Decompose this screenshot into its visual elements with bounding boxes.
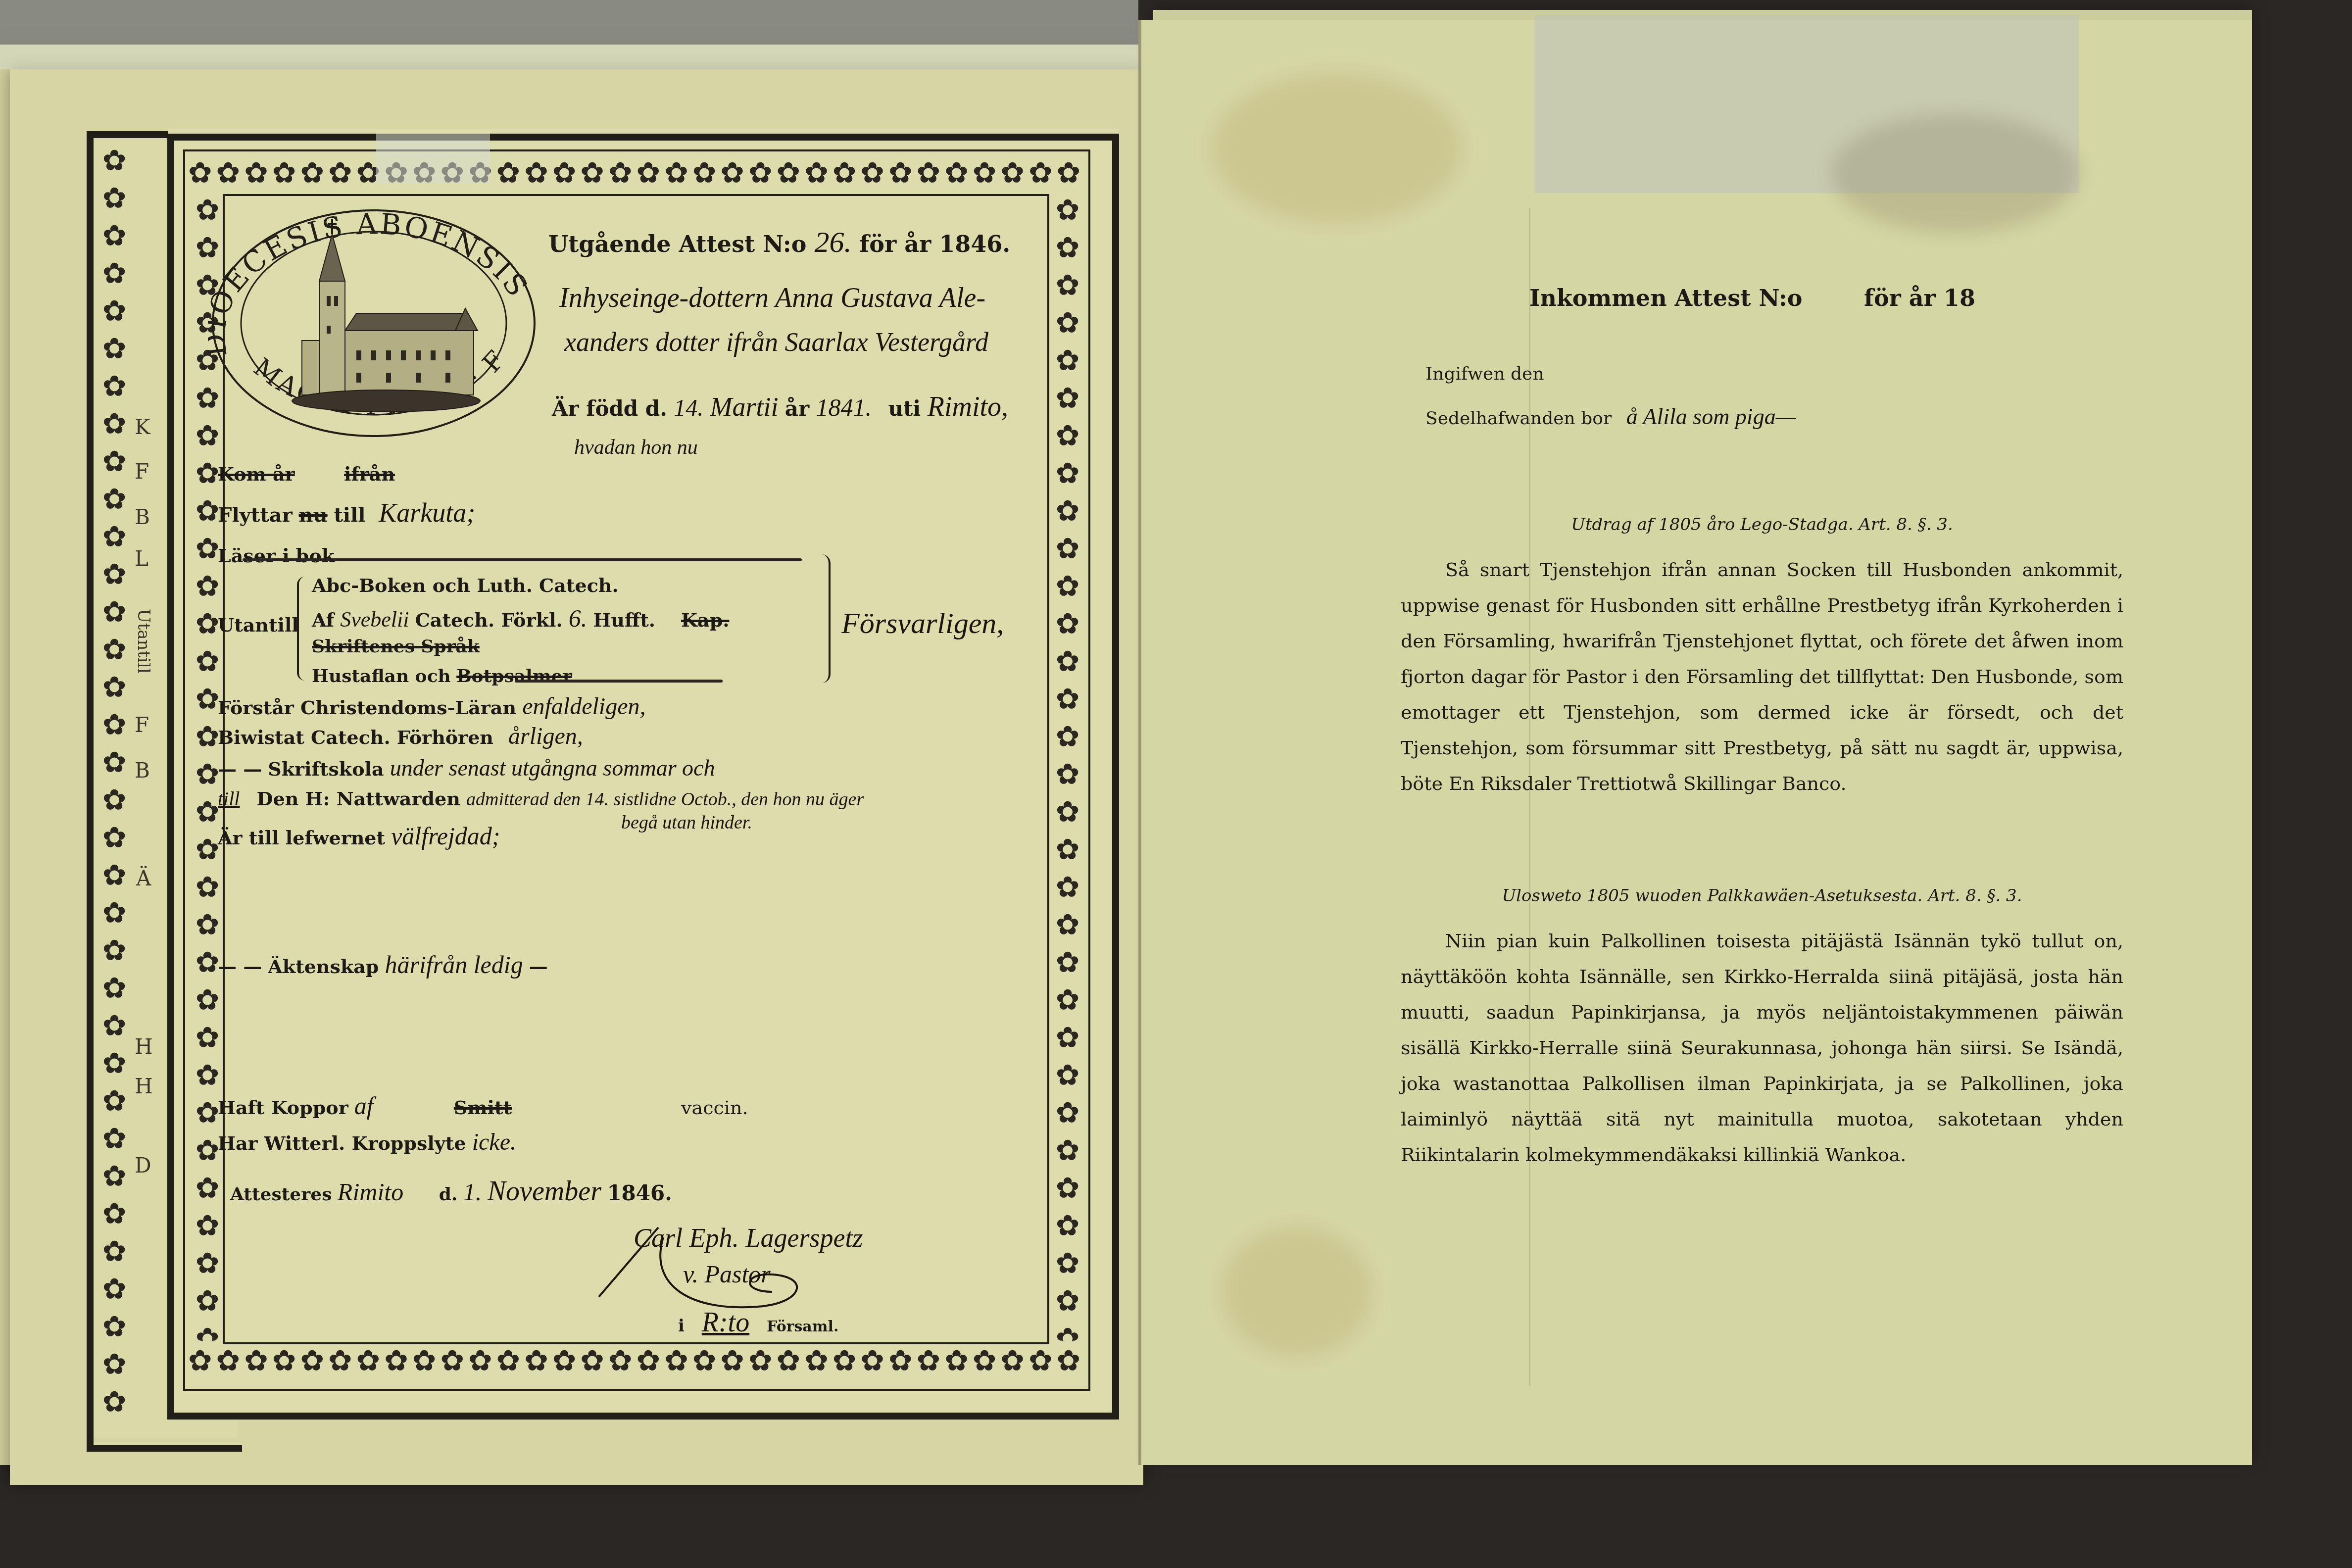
- rosette-border-top: ✿✿✿✿✿✿✿✿✿✿✿✿✿✿✿✿✿✿✿✿✿✿✿✿✿✿✿✿✿✿✿✿✿✿✿✿: [188, 158, 1084, 193]
- catechism-end: Hufft.: [593, 609, 655, 631]
- conduct-label: Är till lefwernet: [218, 827, 385, 849]
- partial-page-letter: Ä: [136, 866, 151, 890]
- came-from-label: ifrån: [344, 463, 395, 485]
- hustaflan-label: Hustaflan och: [312, 666, 451, 686]
- smallpox-label: Haft Koppor: [218, 1096, 348, 1119]
- finnish-heading: Ulosweto 1805 wuoden Palkkawäen-Asetukse…: [1401, 886, 2123, 906]
- partial-page-letter: D: [135, 1153, 151, 1177]
- by-heart-assessment: Försvarligen,: [841, 606, 1004, 640]
- marriage-value: härifrån ledig: [385, 951, 523, 979]
- whence-note: hvadan hon nu: [574, 436, 698, 459]
- ailment-value: icke.: [472, 1129, 516, 1155]
- moves-label: Flyttar: [218, 503, 293, 527]
- partial-page-letter: H: [135, 1034, 153, 1059]
- marriage-label: Äktenskap: [268, 955, 379, 978]
- moves-till: till: [334, 503, 365, 527]
- birth-place: Rimito,: [928, 392, 1008, 422]
- finnish-body: Niin pian kuin Palkollinen toisesta pitä…: [1401, 923, 2123, 1173]
- writing-school-label: Skriftskola: [268, 758, 384, 780]
- dashes: — —: [218, 758, 262, 780]
- marriage-dash: —: [529, 955, 548, 978]
- incoming-year-label: för år 18: [1864, 285, 1975, 311]
- reading-rule: [243, 558, 802, 561]
- page-gutter: [1138, 20, 1141, 1465]
- birth-year: 1841.: [816, 393, 872, 421]
- incoming-title: Inkommen Attest N:o för år 18: [1529, 285, 1975, 311]
- partial-page-letter: L: [135, 546, 148, 571]
- catechism-count: 6.: [569, 604, 588, 632]
- attested-date-label: d.: [439, 1184, 458, 1205]
- subject-line-1: Inhyseinge-dottern Anna Gustava Ale-: [559, 282, 985, 314]
- submitted-label: Ingifwen den: [1425, 364, 1544, 384]
- moves-line: Flyttar nu till Karkuta;: [218, 497, 475, 528]
- swedish-heading: Utdrag af 1805 åro Lego-Stadga. Art. 8. …: [1401, 515, 2123, 535]
- attested-month: November: [488, 1176, 601, 1207]
- attested-place: Rimito: [338, 1178, 403, 1206]
- church-seal-icon: DIOECESIS ABOENSIS MAGNI PRINC · FINL: [208, 207, 539, 440]
- parish-line: i R:to Församl.: [678, 1307, 838, 1338]
- birth-day: 14.: [674, 395, 703, 421]
- stain: [1223, 1227, 1371, 1356]
- communion-line: till Den H: Nattwarden admitterad den 14…: [218, 787, 864, 810]
- marriage-line: — — Äktenskap härifrån ledig —: [218, 950, 548, 979]
- catechism-mid: Catech. Förkl.: [415, 609, 563, 631]
- psalms-struck: Botpsalmer: [456, 666, 572, 686]
- ailment-label: Har Witterl. Kroppslyte: [218, 1132, 466, 1154]
- parish-suffix: Församl.: [767, 1318, 838, 1335]
- tissue-repair: [376, 134, 490, 183]
- stain: [1213, 74, 1460, 223]
- attested-day: 1.: [463, 1178, 482, 1206]
- writing-school-value: under senast utgångna sommar och: [390, 755, 715, 781]
- catechism-struck: Kap.: [681, 609, 729, 631]
- rosette-border-partial: ✿✿✿✿✿✿✿✿✿✿✿✿✿✿✿✿✿✿✿✿✿✿✿✿✿✿✿✿✿✿✿✿✿✿✿✿✿✿✿✿: [99, 144, 129, 1421]
- moves-struck-word: nu: [299, 503, 328, 527]
- dashes: — —: [218, 955, 262, 978]
- writing-school-line: — — Skriftskola under senast utgångna so…: [218, 755, 715, 781]
- rosette-border-right: ✿✿✿✿✿✿✿✿✿✿✿✿✿✿✿✿✿✿✿✿✿✿✿✿✿✿✿✿✿✿✿✿✿✿✿✿✿✿✿: [1049, 193, 1082, 1341]
- attested-year: 1846.: [607, 1181, 672, 1205]
- communion-value: admitterad den 14. sistlidne Octob., den…: [466, 789, 864, 810]
- ailment-line: Har Witterl. Kroppslyte icke.: [218, 1128, 516, 1156]
- attested-label: Attesteres: [230, 1184, 332, 1205]
- birth-line: Är född d. 14. Martii år 1841. uti Rimit…: [552, 391, 1008, 423]
- inner-rule-right: [1047, 194, 1049, 1343]
- signature-flourish-icon: [594, 1208, 817, 1317]
- understands-line: Förstår Christendoms-Läran enfaldeligen,: [218, 693, 645, 720]
- certificate-title: Utgående Attest N:o 26. för år 1846.: [548, 225, 1010, 259]
- birth-year-label: år: [785, 396, 809, 421]
- came-label: Kom år: [218, 463, 295, 485]
- by-heart-item-scripture: Skriftenes Språk: [312, 636, 480, 657]
- parish-name: R:to: [702, 1307, 749, 1338]
- hustaflan-rule: [515, 680, 723, 683]
- rosette-border-bottom: ✿✿✿✿✿✿✿✿✿✿✿✿✿✿✿✿✿✿✿✿✿✿✿✿✿✿✿✿✿✿✿✿✿✿✿✿: [188, 1346, 1084, 1381]
- smallpox-line: Haft Koppor af Smitt vaccin.: [218, 1091, 748, 1120]
- smallpox-value: af: [354, 1092, 374, 1120]
- stain: [1831, 114, 2079, 233]
- moves-destination: Karkuta;: [379, 498, 475, 528]
- holder-label: Sedelhafwanden bor: [1425, 408, 1612, 429]
- birth-place-label: uti: [888, 396, 921, 421]
- communion-value-2: begå utan hinder.: [621, 812, 752, 833]
- right-brace: [822, 554, 831, 683]
- reading-label: Läser i bok: [218, 544, 335, 567]
- by-heart-item-catechism: Af Svebelii Catech. Förkl. 6. Hufft. Kap…: [312, 604, 729, 633]
- partial-page-letter: F: [135, 713, 149, 737]
- holder-value: å Alila som piga—: [1626, 404, 1796, 429]
- birth-label: Är född d.: [552, 396, 667, 421]
- by-heart-item-hustaflan: Hustaflan och Botpsalmer: [312, 666, 572, 686]
- holder-line: Sedelhafwanden bor å Alila som piga—: [1425, 403, 1796, 430]
- title-prefix: Utgående Attest N:o: [548, 231, 806, 257]
- left-brace: [297, 577, 305, 681]
- understands-value: enfaldeligen,: [522, 693, 645, 720]
- diocese-seal: DIOECESIS ABOENSIS MAGNI PRINC · FINL: [208, 207, 539, 440]
- attest-number: 26.: [814, 226, 851, 258]
- partial-page-letter: Utantill: [134, 609, 153, 674]
- parish-prefix: i: [678, 1316, 685, 1336]
- birth-month: Martii: [710, 392, 778, 422]
- communion-label: Den H: Nattwarden: [257, 787, 460, 810]
- incoming-title-prefix: Inkommen Attest N:o: [1529, 285, 1802, 311]
- attended-value: årligen,: [508, 723, 583, 749]
- swedish-body: Så snart Tjenstehjon ifrån annan Socken …: [1401, 552, 2123, 801]
- tissue-strip-top-left: [0, 0, 1138, 69]
- understands-label: Förstår Christendoms-Läran: [218, 696, 516, 719]
- catechism-author: Svebelii: [340, 607, 409, 632]
- partial-page-letter: F: [135, 459, 149, 484]
- subject-line-2: xanders dotter ifrån Saarlax Vestergård: [564, 327, 988, 357]
- partial-page-letter: B: [135, 505, 150, 529]
- inner-rule-bottom: [223, 1342, 1049, 1344]
- smallpox-suffix: vaccin.: [681, 1097, 748, 1119]
- attest-year: 1846.: [939, 231, 1010, 257]
- by-heart-item-abc: Abc-Boken och Luth. Catech.: [312, 574, 619, 596]
- smallpox-struck: Smitt: [454, 1096, 512, 1119]
- inner-rule-top: [223, 194, 1049, 196]
- partial-page-letter: K: [135, 415, 150, 439]
- conduct-line: Är till lefwernet välfrejdad;: [218, 822, 500, 850]
- conduct-value: välfrejdad;: [391, 822, 500, 850]
- partial-page-letter: H: [135, 1074, 153, 1098]
- attested-line: Attesteres Rimito d. 1. November 1846.: [230, 1176, 672, 1207]
- attended-line: Biwistat Catech. Förhören årligen,: [218, 723, 583, 750]
- by-heart-label: Utantill: [218, 614, 299, 636]
- partial-page-letter: B: [135, 758, 150, 783]
- fold-line: [1529, 208, 1530, 1386]
- year-label: för år: [859, 231, 931, 257]
- attended-label: Biwistat Catech. Förhören: [218, 726, 493, 748]
- catechism-prefix: Af: [312, 609, 334, 631]
- communion-prefix: till: [218, 787, 240, 810]
